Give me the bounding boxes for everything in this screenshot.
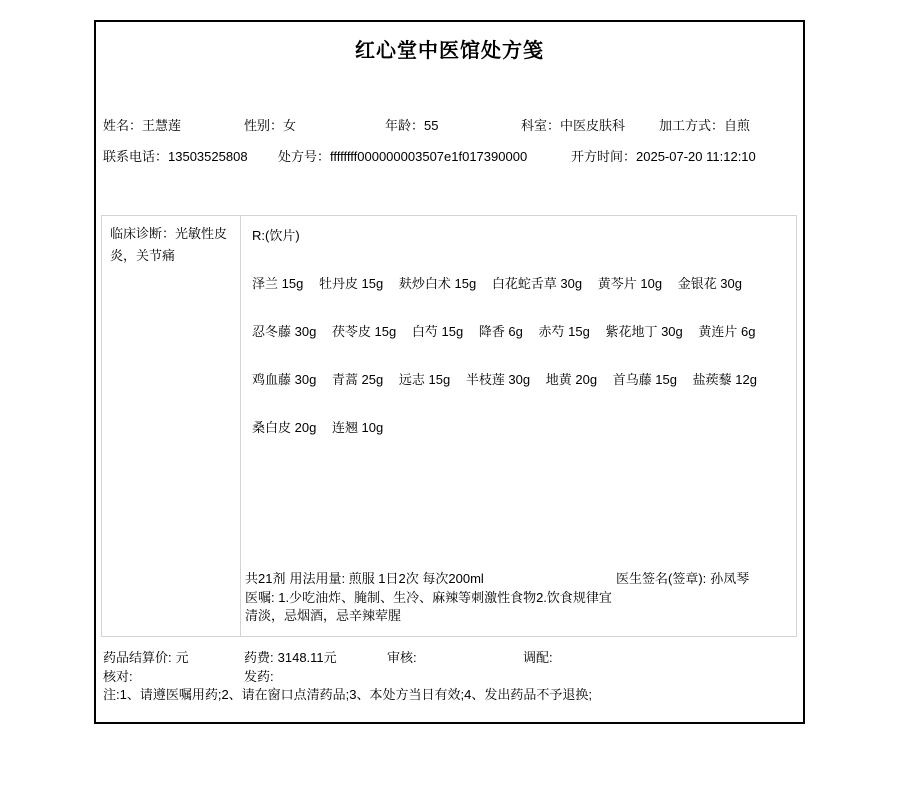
- medical-advice: 医嘱: 1.少吃油炸、腌制、生冷、麻辣等刺激性食物2.饮食规律宜清淡，忌烟酒，忌…: [245, 589, 623, 625]
- processing-method-value: 自煎: [724, 118, 750, 133]
- patient-gender-value: 女: [283, 118, 296, 133]
- review-field: 审核:: [387, 650, 417, 666]
- herb-item: 金银花 30g: [678, 276, 742, 291]
- patient-gender-label: 性别：: [244, 118, 283, 133]
- herb-item: 半枝莲 30g: [466, 372, 530, 387]
- prepare-field: 调配:: [523, 650, 553, 666]
- herb-item: 鸡血藤 30g: [252, 372, 316, 387]
- herb-line-4: 桑白皮 20g 连翘 10g: [252, 420, 395, 436]
- settle-price-unit: 元: [176, 650, 189, 665]
- clinical-diagnosis: 临床诊断：光敏性皮炎，关节痛: [110, 223, 236, 267]
- herb-item: 白芍 15g: [412, 324, 463, 339]
- herb-item: 忍冬藤 30g: [252, 324, 316, 339]
- herb-item: 黄芩片 10g: [598, 276, 662, 291]
- patient-gender-field: 性别：女: [244, 118, 296, 134]
- settle-price-field: 药品结算价:元: [103, 650, 189, 666]
- prescription-number-value: ffffffff000000003507e1f017390000: [330, 149, 527, 164]
- page-title: 红心堂中医馆处方笺: [94, 34, 805, 63]
- herb-item: 泽兰 15g: [252, 276, 303, 291]
- settle-price-label: 药品结算价:: [103, 650, 172, 665]
- phone-value: 13503525808: [168, 149, 248, 164]
- medicine-fee-label: 药费:: [244, 650, 274, 665]
- prescription-number-label: 处方号：: [278, 149, 330, 164]
- rx-header: R:(饮片): [252, 228, 300, 244]
- phone-label: 联系电话：: [103, 149, 168, 164]
- herb-item: 地黄 20g: [546, 372, 597, 387]
- medicine-fee-value: 3148.11元: [278, 650, 337, 665]
- herb-line-2: 忍冬藤 30g 茯苓皮 15g 白芍 15g 降香 6g 赤芍 15g 紫花地丁…: [252, 324, 767, 340]
- processing-method-field: 加工方式：自煎: [659, 118, 750, 134]
- doctor-signature-field: 医生签名(签章):孙凤琴: [616, 571, 749, 587]
- usage-instructions: 用法用量: 煎服 1日2次 每次200ml: [289, 571, 483, 586]
- prescribe-time-field: 开方时间：2025-07-20 11:12:10: [571, 149, 756, 165]
- herb-line-1: 泽兰 15g 牡丹皮 15g 麸炒白术 15g 白花蛇舌草 30g 黄芩片 10…: [252, 276, 754, 292]
- herb-item: 降香 6g: [479, 324, 523, 339]
- patient-department-field: 科室：中医皮肤科: [521, 118, 625, 134]
- herb-item: 茯苓皮 15g: [332, 324, 396, 339]
- herb-item: 白花蛇舌草 30g: [492, 276, 582, 291]
- patient-name-field: 姓名：王慧莲: [103, 118, 181, 134]
- total-doses: 共21剂: [245, 571, 285, 586]
- herb-item: 赤芍 15g: [539, 324, 590, 339]
- patient-department-label: 科室：: [521, 118, 560, 133]
- patient-name-label: 姓名：: [103, 118, 142, 133]
- prescribe-time-label: 开方时间：: [571, 149, 636, 164]
- patient-age-label: 年龄：: [385, 118, 424, 133]
- herb-item: 麸炒白术 15g: [399, 276, 476, 291]
- herb-item: 青蒿 25g: [332, 372, 383, 387]
- herb-item: 桑白皮 20g: [252, 420, 316, 435]
- usage-line: 共21剂用法用量: 煎服 1日2次 每次200ml: [245, 571, 484, 587]
- herb-item: 远志 15g: [399, 372, 450, 387]
- herb-line-3: 鸡血藤 30g 青蒿 25g 远志 15g 半枝莲 30g 地黄 20g 首乌藤…: [252, 372, 769, 388]
- doctor-signature-name: 孙凤琴: [710, 571, 749, 586]
- herb-item: 连翘 10g: [332, 420, 383, 435]
- herb-item: 黄连片 6g: [698, 324, 755, 339]
- check-field: 核对:: [103, 669, 133, 685]
- dispense-field: 发药:: [244, 669, 274, 685]
- patient-age-field: 年龄：55: [385, 118, 438, 134]
- herb-item: 盐蒺藜 12g: [693, 372, 757, 387]
- processing-method-label: 加工方式：: [659, 118, 724, 133]
- doctor-signature-label: 医生签名(签章):: [616, 571, 706, 586]
- patient-department-value: 中医皮肤科: [560, 118, 625, 133]
- medicine-fee-field: 药费:3148.11元: [244, 650, 337, 666]
- prescription-number-field: 处方号：ffffffff000000003507e1f017390000: [278, 149, 527, 165]
- herb-item: 紫花地丁 30g: [605, 324, 682, 339]
- patient-age-value: 55: [424, 118, 438, 133]
- patient-name-value: 王慧莲: [142, 118, 181, 133]
- diagnosis-rx-divider: [240, 216, 241, 636]
- herb-item: 首乌藤 15g: [613, 372, 677, 387]
- prescribe-time-value: 2025-07-20 11:12:10: [636, 149, 756, 164]
- phone-field: 联系电话：13503525808: [103, 149, 248, 165]
- herb-item: 牡丹皮 15g: [319, 276, 383, 291]
- footer-note: 注:1、请遵医嘱用药;2、请在窗口点清药品;3、本处方当日有效;4、发出药品不予…: [103, 687, 592, 703]
